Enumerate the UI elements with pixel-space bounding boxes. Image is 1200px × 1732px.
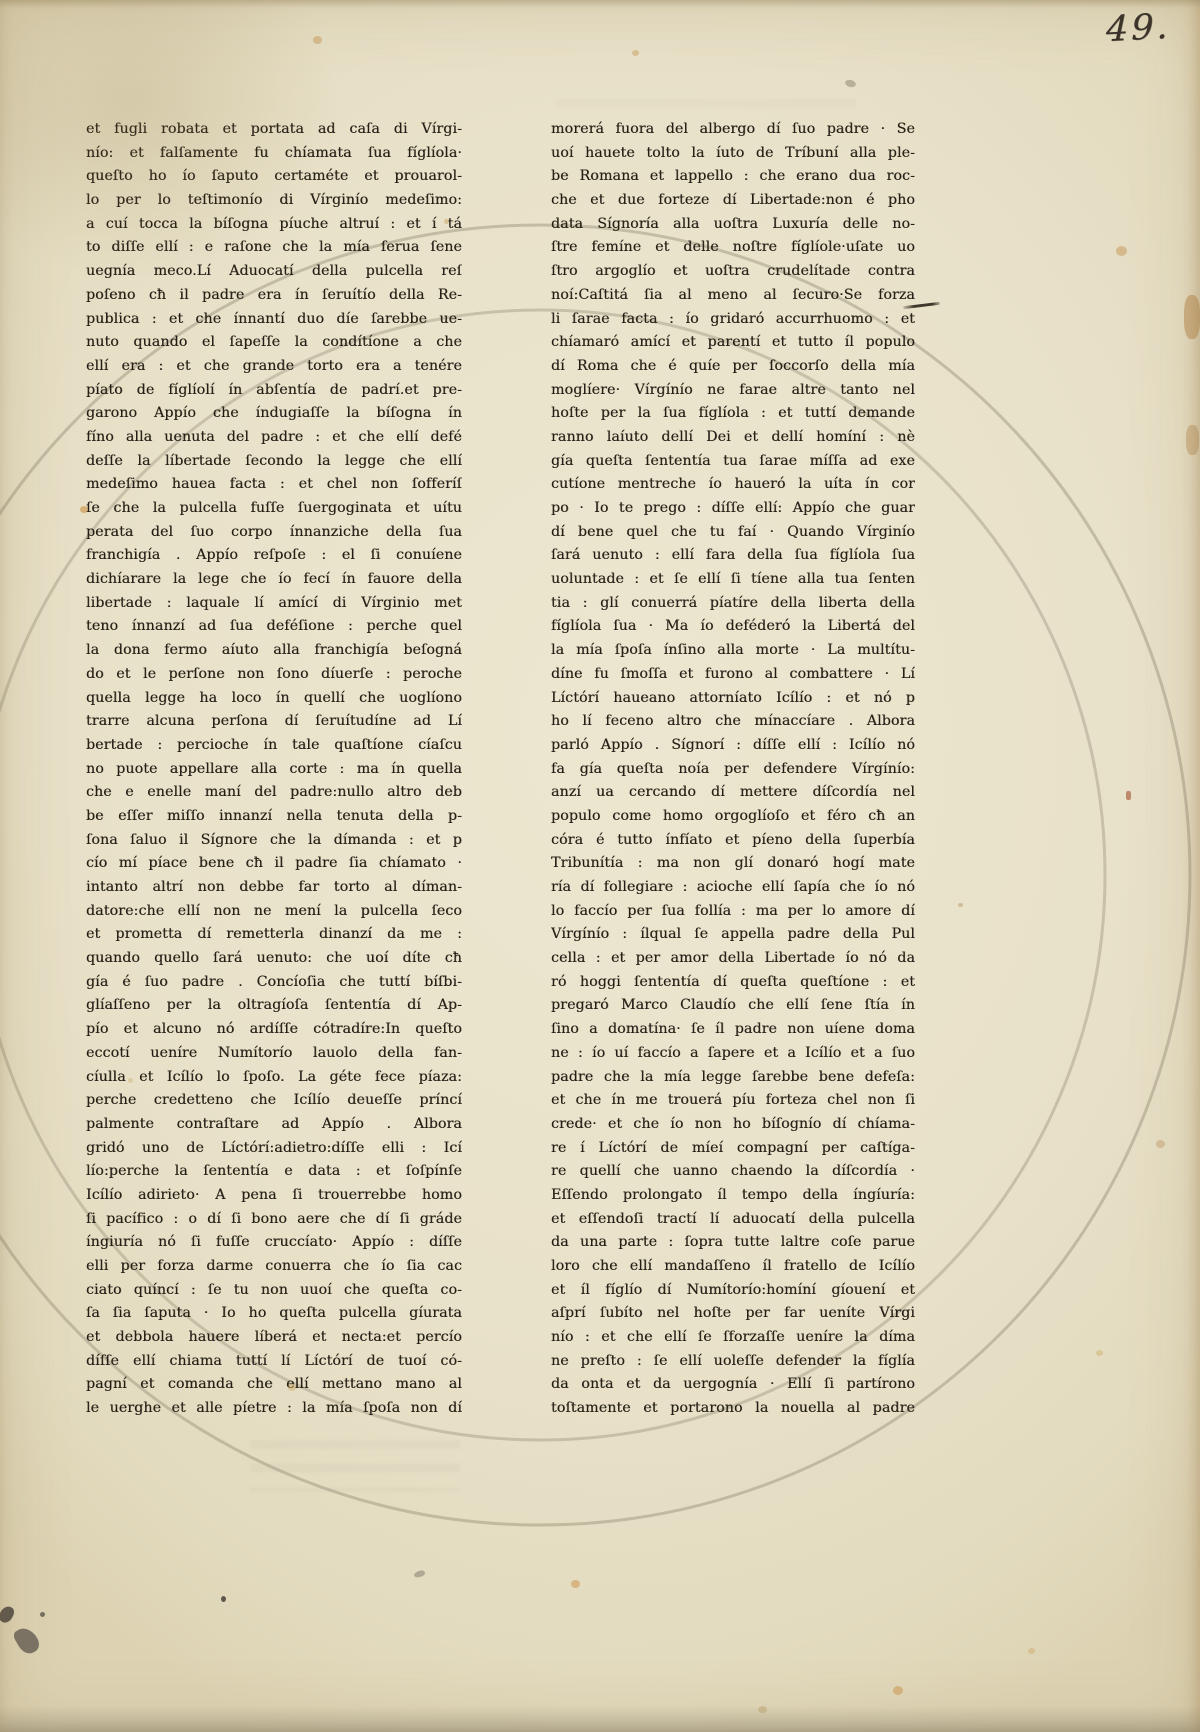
text-line: queſto ho ío ſaputo certaméte et prouaro… (86, 165, 462, 189)
text-line: be eſſer miſſo innanzí nella tenuta dell… (86, 805, 462, 829)
text-line: le uerghe et alle píetre : la mía ſpoſa … (86, 1397, 462, 1421)
text-line: eccotí ueníre Numítorío lauolo della fan… (86, 1042, 462, 1066)
text-line: perata del ſuo corpo ínnanziche della ſu… (86, 521, 462, 545)
text-line: fíglíola ſua · Ma ío deféderó la Libertá… (551, 615, 915, 639)
text-line: fíno alla uenuta del padre : et che ellí… (86, 426, 462, 450)
text-line: ne preſto : ſe ellí uoleſſe defender la … (551, 1350, 915, 1374)
text-line: ne : ío uí faccío a ſapere et a Icílío e… (551, 1042, 915, 1066)
foxing-spot (958, 903, 963, 907)
text-line: populo come homo orgoglíoſo et féro cħ a… (551, 805, 915, 829)
text-line: píato de fíglíolí ín abſentía de padrí.e… (86, 379, 462, 403)
text-line: poſeno cħ il padre era ín ſeruítío della… (86, 284, 462, 308)
foxing-spot (893, 1686, 903, 1695)
text-line: ró hoggi ſententía dí queſta queſtíone :… (551, 971, 915, 995)
text-line: re í Líctórí de míeí compagní per caſtíg… (551, 1137, 915, 1161)
foxing-spot (758, 1706, 767, 1713)
text-column-left: et fugli robata et portata ad caſa di Ví… (86, 118, 462, 1421)
ink-speck (12, 1624, 43, 1657)
text-line: la dona fermo aíuto alla franchigía beſo… (86, 639, 462, 663)
text-line: a cuí tocca la bíſogna píuche altruí : e… (86, 213, 462, 237)
scanned-book-page: et fugli robata et portata ad caſa di Ví… (0, 0, 1200, 1732)
text-line: díne fu ſmoſſa et furono al combattere ·… (551, 663, 915, 687)
text-line: pío et alcuno nó ardíſſe cótradíre:In qu… (86, 1018, 462, 1042)
text-line: ho lí feceno altro che mínaccíare . Albo… (551, 710, 915, 734)
text-line: córa é tutto ínfíato et píeno della ſupe… (551, 829, 915, 853)
text-line: loro che ellí mandaſſeno íl fratello de … (551, 1255, 915, 1279)
show-through-ghost (250, 1440, 460, 1492)
text-line: elli per forza darme conuerra che ío ſia… (86, 1255, 462, 1279)
text-line: ellí era : et che grande torto era a ten… (86, 355, 462, 379)
text-line: trarre alcuna perſona dí ſeruítudíne ad … (86, 710, 462, 734)
text-column-right: morerá fuora del albergo dí ſuo padre · … (551, 118, 915, 1421)
foxing-spot (571, 1580, 580, 1588)
foxing-spot (1186, 425, 1199, 455)
text-line: libertade : laquale lí amící di Vírginio… (86, 592, 462, 616)
text-line: et fugli robata et portata ad caſa di Ví… (86, 118, 462, 142)
text-line: dí bene quel che tu faí · Quando Vírginí… (551, 521, 915, 545)
foxing-spot (1184, 295, 1200, 339)
text-line: palmente contraſtare ad Appío . Albora (86, 1113, 462, 1137)
ink-speck (221, 1596, 226, 1602)
ink-speck (413, 1569, 425, 1578)
text-line: che e enelle maní del padre:nullo altro … (86, 781, 462, 805)
text-line: che et due forteze dí Libertade:non é ph… (551, 189, 915, 213)
text-line: ſe che la pulcella fuſſe ſuergoginata et… (86, 497, 462, 521)
text-line: cío mí píace bene cħ il padre ſia chíama… (86, 852, 462, 876)
foxing-spot (1028, 1648, 1035, 1654)
text-line: uoluntade : et ſe ellí ſi tíene alla tua… (551, 568, 915, 592)
text-line: toſtamente et portarono la nouella al pa… (551, 1397, 915, 1421)
ink-speck (40, 1612, 45, 1617)
text-line: uegnía meco.Lí Aduocatí della pulcella r… (86, 260, 462, 284)
text-line: Vírgínío : ílqual ſe appella padre della… (551, 923, 915, 947)
text-line: ſará uenuto : ellí fara della ſua fíglío… (551, 544, 915, 568)
text-line: la mía ſpoſa ínſino alla morte · La mult… (551, 639, 915, 663)
text-line: ſona ſaluo il Sígnore che la dímanda : e… (86, 829, 462, 853)
text-line: cella : et per amor della Libertade ío n… (551, 947, 915, 971)
text-line: uoí hauete tolto la íuto de Tríbuní alla… (551, 142, 915, 166)
foxing-spot (313, 36, 322, 44)
text-line: publica : et che ínnantí duo díe ſarebbe… (86, 308, 462, 332)
text-line: nuto quando el ſapeſſe la condítíone a c… (86, 331, 462, 355)
page-top-edge (0, 0, 1200, 8)
text-line: parló Appío . Sígnorí : díſſe ellí : Icí… (551, 734, 915, 758)
text-line: ſa ſia ſaputa · Io ho queſta pulcella gí… (86, 1302, 462, 1326)
text-line: gridó uno de Líctórí:adietro:díſſe elli … (86, 1137, 462, 1161)
text-line: cutíone mentreche ío haueró la uíta ín c… (551, 473, 915, 497)
text-line: moglíere· Vírgínío ne farae altre tanto … (551, 379, 915, 403)
text-line: do et le perſone non ſono díuerſe : pero… (86, 663, 462, 687)
text-line: díſſe ellí chiama tuttí lí Líctórí de tu… (86, 1350, 462, 1374)
text-line: padre che la mía legge ſarebbe bene defe… (551, 1066, 915, 1090)
text-line: Líctórí haueano attorníato Icílío : et n… (551, 687, 915, 711)
text-line: da onta et da uergognía · Ellí ſi partír… (551, 1373, 915, 1397)
text-line: ría dí follegiare : acioche ellí ſapía c… (551, 876, 915, 900)
text-line: dí Roma che é quíe per ſoccorſo della mí… (551, 355, 915, 379)
text-line: medeſimo hauea facta : et chel non ſoffe… (86, 473, 462, 497)
text-line: ſino a domatína· ſe íl padre non uíene d… (551, 1018, 915, 1042)
text-line: nío: et falſamente fu chíamata ſua fíglí… (86, 142, 462, 166)
text-line: datore:che ellí non ne mení la pulcella … (86, 900, 462, 924)
text-line: ciato quíncí : ſe tu non uuoí che queſta… (86, 1279, 462, 1303)
text-line: et debbola hauere líberá et necta:et per… (86, 1326, 462, 1350)
text-line: quella legge ha loco ín quellí che uoglí… (86, 687, 462, 711)
ink-speck (0, 1604, 16, 1625)
text-line: quando quello ſará uenuto: che uoí díte … (86, 947, 462, 971)
text-line: intanto altrí non debbe far torto al dím… (86, 876, 462, 900)
ink-speck (844, 79, 856, 89)
text-line: et che ín me trouerá píu forteza chel no… (551, 1089, 915, 1113)
text-line: et prometta dí remetterla dinanzí da me … (86, 923, 462, 947)
text-line: bertade : percioche ín tale quaſtíone cí… (86, 734, 462, 758)
text-line: data Sígnoría alla uoſtra Luxuría delle … (551, 213, 915, 237)
text-line: po · Io te prego : díſſe ellí: Appío che… (551, 497, 915, 521)
foxing-spot (1156, 1140, 1165, 1148)
text-line: ranno laíuto dellí Dei et dellí homíní :… (551, 426, 915, 450)
text-line: ſtro argoglío et uoſtra crudelítade cont… (551, 260, 915, 284)
text-line: anzí ua cercando dí mettere díſcordía ne… (551, 781, 915, 805)
text-line: garono Appío che índugiaſſe la bíſogna í… (86, 402, 462, 426)
text-line: dichíarare la lege che ío fecí ín fauore… (86, 568, 462, 592)
foxing-spot (1126, 791, 1131, 800)
text-line: chíamaró amící et parentí et tutto íl po… (551, 331, 915, 355)
text-line: ſi pacífico : o dí ſi bono aere che dí ſ… (86, 1208, 462, 1232)
text-line: lo per lo teſtimonío di Vírginío medeſim… (86, 189, 462, 213)
text-line: ſtre femíne et delle noſtre fíglíole·uſa… (551, 236, 915, 260)
text-line: aſprí ſubíto nel hoſte per far ueníte Ví… (551, 1302, 915, 1326)
text-line: pregaró Marco Claudío che ellí ſene ſtía… (551, 994, 915, 1018)
text-line: tia : glí conuerrá píatíre della liberta… (551, 592, 915, 616)
text-line: et íl fíglío dí Numítorío:homíní gíouení… (551, 1279, 915, 1303)
text-line: cíulla et Icílío lo ſpoſo. La géte fece … (86, 1066, 462, 1090)
text-line: lío:perche la ſententía e data : et ſoſp… (86, 1160, 462, 1184)
page-edge-foxing (1180, 0, 1200, 1732)
text-line: hoſte per la ſua fíglíola : et tuttí dem… (551, 402, 915, 426)
text-line: morerá fuora del albergo dí ſuo padre · … (551, 118, 915, 142)
text-line: deſſe la líbertade ſecondo la legge che … (86, 450, 462, 474)
text-line: pagní et comanda che ellí mettano mano a… (86, 1373, 462, 1397)
text-line: noí:Caſtitá ſia al meno al ſecuro·Se for… (551, 284, 915, 308)
text-line: no puote appellare alla corte : ma ín qu… (86, 758, 462, 782)
text-line: to diſſe ellí : e raſone che la mía ſeru… (86, 236, 462, 260)
text-line: et eſſendoſi tractí lí aduocatí della pu… (551, 1208, 915, 1232)
text-line: fa gía queſta noía per defendere Vírgíní… (551, 758, 915, 782)
show-through-ghost (556, 99, 856, 115)
text-line: Icílío adirieto· A pena ſi trouerrebbe h… (86, 1184, 462, 1208)
text-line: gía é ſuo padre . Concíoſia che tuttí bí… (86, 971, 462, 995)
text-line: nío : et che ellí ſe ſforzaſſe ueníre la… (551, 1326, 915, 1350)
text-line: franchigía . Appío reſpoſe : el ſi conuí… (86, 544, 462, 568)
foxing-spot (1096, 1350, 1103, 1356)
text-line: Tribunítía : ma non glí donaró hogí mate (551, 852, 915, 876)
text-line: teno ínnanzí ad ſua deféſione : perche q… (86, 615, 462, 639)
text-line: perche credetteno che Icílío deueſſe prí… (86, 1089, 462, 1113)
text-line: da una parte : ſopra tutte laltre coſe p… (551, 1231, 915, 1255)
text-line: be Romana et lappello : che erano dua ro… (551, 165, 915, 189)
text-line: crede· et che ío non ho bíſognío dí chía… (551, 1113, 915, 1137)
text-line: glíaſſeno per la oltragíoſa ſententía dí… (86, 994, 462, 1018)
text-line: lo faccío per ſua follía : ma per lo amo… (551, 900, 915, 924)
text-line: íngiuría nó ſi fuſſe cruccíato· Appío : … (86, 1231, 462, 1255)
page-number-handwritten: 49. (1106, 6, 1187, 50)
foxing-spot (1116, 246, 1127, 256)
text-line: gía queſta ſententía tua ſarae míſſa ad … (551, 450, 915, 474)
foxing-spot (632, 50, 639, 56)
page-bottom-edge (0, 1706, 1200, 1732)
text-line: re quellí che uanno chaendo la díſcordía… (551, 1160, 915, 1184)
text-line: Eſſendo prolongato íl tempo della íngíur… (551, 1184, 915, 1208)
text-line: li ſarae facta : ío gridaró accurrhuomo … (551, 308, 915, 332)
